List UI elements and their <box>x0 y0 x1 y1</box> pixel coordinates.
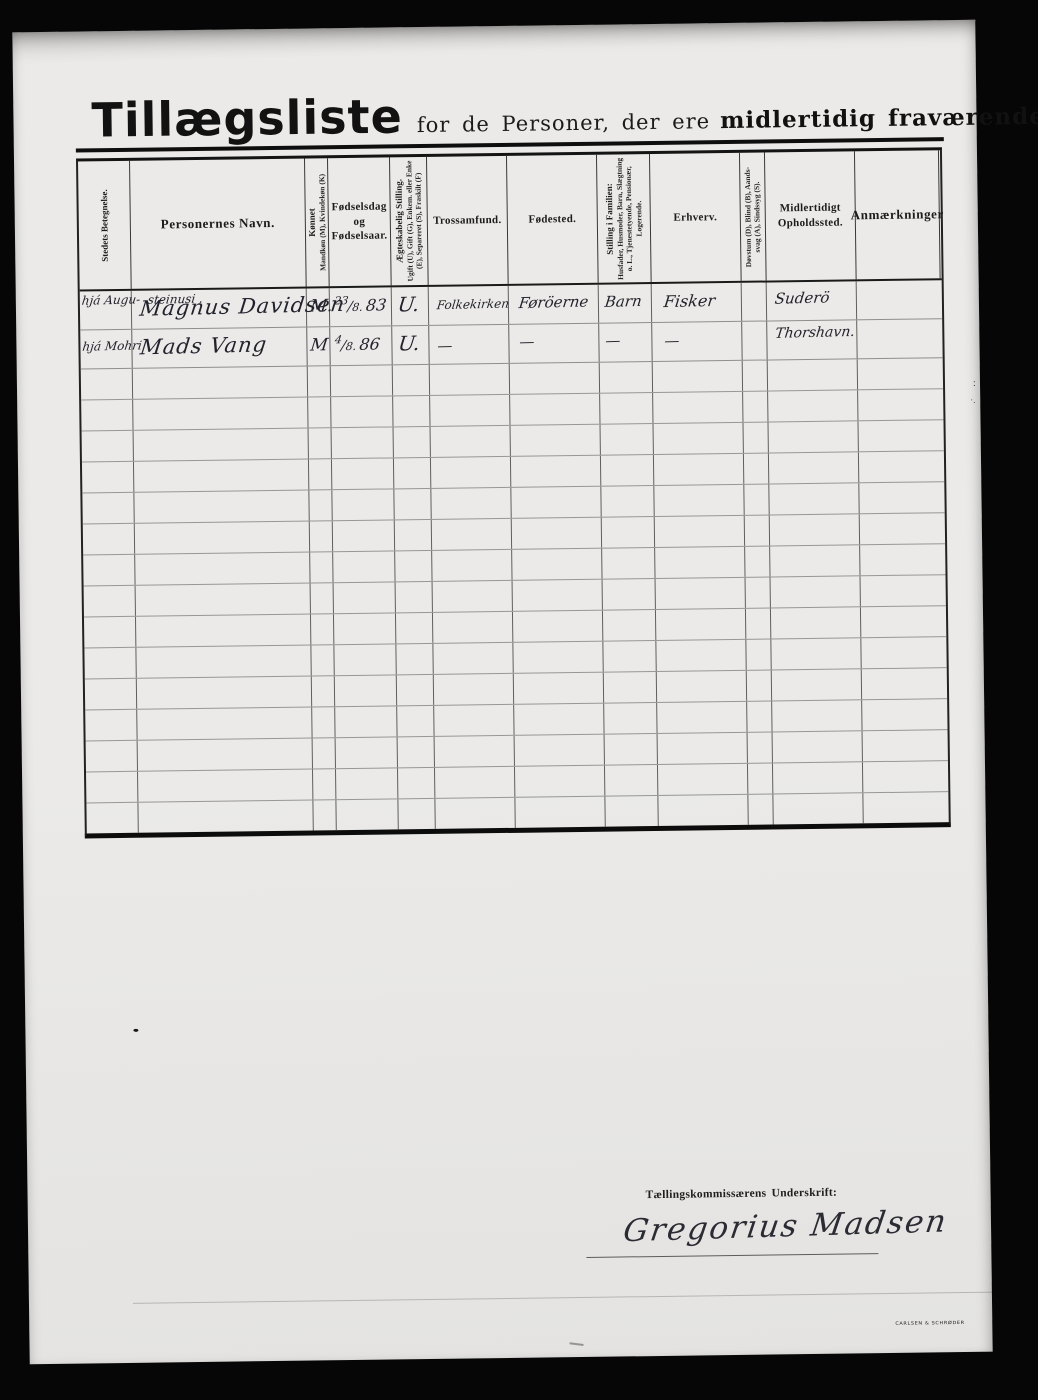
header-family-line2: Husfader, Husmoder, Barn, Slægtning o. L… <box>614 157 644 279</box>
table-cell-empty <box>748 732 773 762</box>
table-cell-empty <box>332 458 394 489</box>
table-cell-empty <box>431 426 511 457</box>
cell-birthdate: 23/8.83 <box>330 287 392 326</box>
table-cell-empty <box>515 735 605 766</box>
table-cell-empty <box>601 486 654 517</box>
scanned-census-sheet: Tillægsliste for de Personer, der ere mi… <box>12 20 992 1364</box>
table-cell-empty <box>138 738 313 770</box>
table-cell-empty <box>433 612 513 643</box>
table-cell-empty <box>397 675 434 705</box>
table-cell-empty <box>83 524 135 555</box>
table-cell-empty <box>515 766 605 797</box>
title-main: Tillægsliste <box>91 89 403 148</box>
cell-marital: U. <box>392 287 429 325</box>
table-cell-empty <box>514 673 604 704</box>
table-cell-empty <box>746 608 771 638</box>
table-cell-empty <box>313 800 336 830</box>
table-cell-empty <box>600 362 653 393</box>
cell-occupation: Fisker <box>652 283 742 322</box>
table-cell-empty <box>309 459 332 489</box>
fold-crease-line <box>133 1292 995 1304</box>
table-cell-empty <box>769 452 859 483</box>
table-cell-empty <box>333 520 395 551</box>
table-cell-empty <box>653 392 743 423</box>
table-cell-empty <box>657 702 747 733</box>
table-cell-empty <box>335 675 397 706</box>
title-subtitle: for de Personer, der ere <box>417 109 711 137</box>
table-cell-empty <box>773 762 863 793</box>
cell-temp-residence: Thorshavn. <box>767 320 857 359</box>
table-cell-empty <box>601 455 654 486</box>
header-name: Personernes Navn. <box>130 159 307 289</box>
table-cell-empty <box>745 546 770 576</box>
header-marital-line2: Ugift (U), Gift (G), Enkem. eller Enke (… <box>404 160 424 282</box>
table-cell-empty <box>135 553 310 585</box>
header-birthplace: Fødested. <box>507 155 599 284</box>
printer-mark: CARLSEN & SCHRØDER <box>895 1320 965 1326</box>
cell-family-position: — <box>599 323 652 362</box>
header-marital: Ægteskabelig Stilling. Ugift (U), Gift (… <box>390 157 429 285</box>
table-cell-empty <box>510 394 600 425</box>
table-cell-empty <box>85 679 137 710</box>
table-cell-empty <box>138 800 313 832</box>
table-cell-empty <box>138 769 313 801</box>
table-cell-empty <box>335 706 397 737</box>
table-cell-empty <box>513 642 603 673</box>
table-cell-empty <box>86 772 138 803</box>
table-cell-empty <box>858 389 942 420</box>
table-cell-empty <box>394 458 431 488</box>
table-cell-empty <box>863 761 947 792</box>
table-cell-empty <box>769 483 859 514</box>
table-cell-empty <box>658 733 748 764</box>
table-cell-empty <box>658 795 748 826</box>
table-cell-empty <box>137 676 312 708</box>
signature-line <box>586 1253 878 1258</box>
table-cell-empty <box>308 366 331 396</box>
table-cell-empty <box>308 397 331 427</box>
table-cell-empty <box>511 456 601 487</box>
table-cell-empty <box>311 645 334 675</box>
table-cell-empty <box>135 522 310 554</box>
table-cell-empty <box>746 577 771 607</box>
table-cell-empty <box>310 521 333 551</box>
ink-dot <box>133 1029 138 1032</box>
cell-birthplace: Føröerne <box>509 285 599 324</box>
header-disability: Døvstum (D), Blind (B), Aands- svag (A),… <box>740 153 767 281</box>
table-cell-empty <box>512 549 602 580</box>
table-cell-empty <box>604 703 657 734</box>
table-cell-empty <box>334 644 396 675</box>
cell-disability <box>742 283 767 321</box>
table-cell-empty <box>85 710 137 741</box>
table-cell-empty <box>861 575 945 606</box>
table-cell-empty <box>432 550 512 581</box>
cell-remarks <box>857 280 941 319</box>
table-cell-empty <box>601 424 654 455</box>
table-cell-empty <box>515 797 605 828</box>
cell-disability <box>742 322 767 360</box>
table-cell-empty <box>603 610 656 641</box>
table-cell-empty <box>511 425 601 456</box>
table-cell-empty <box>602 548 655 579</box>
header-place-label: Stedets Betegnelse. <box>98 164 110 286</box>
table-cell-empty <box>600 393 653 424</box>
table-cell-empty <box>768 390 858 421</box>
table-cell-empty <box>331 396 393 427</box>
commissioner-signature: Gregorius Madsen <box>621 1203 950 1249</box>
table-cell-empty <box>768 421 858 452</box>
cell-marital: U. <box>392 326 429 364</box>
table-cell-empty <box>863 792 947 823</box>
table-cell-empty <box>654 454 744 485</box>
table-cell-empty <box>747 701 772 731</box>
table-cell-empty <box>602 517 655 548</box>
table-cell-empty <box>394 489 431 519</box>
table-cell-empty <box>333 551 395 582</box>
table-cell-empty <box>310 552 333 582</box>
header-birthdate: Fødselsdag og Fødselsaar. <box>328 157 392 286</box>
table-cell-empty <box>396 582 433 612</box>
table-cell-empty <box>136 645 311 677</box>
table-cell-empty <box>771 638 861 669</box>
cell-place: hjá Augu- steinusi . <box>80 291 132 330</box>
table-cell-empty <box>86 803 138 834</box>
header-religion-label: Trossamfund. <box>433 213 501 229</box>
cell-religion: — <box>429 325 509 364</box>
table-cell-empty <box>745 515 770 545</box>
table-cell-empty <box>860 513 944 544</box>
table-cell-empty <box>311 583 334 613</box>
table-cell-empty <box>313 769 336 799</box>
table-cell-empty <box>136 615 311 647</box>
table-cell-empty <box>773 731 863 762</box>
table-cell-empty <box>653 361 743 392</box>
table-cell-empty <box>605 765 658 796</box>
table-cell-empty <box>396 644 433 674</box>
table-cell-empty <box>771 576 861 607</box>
header-remarks-label: Anmærkninger <box>851 205 944 224</box>
cell-sex: M <box>307 327 330 365</box>
cell-occupation: — <box>652 322 742 361</box>
table-cell-empty <box>512 518 602 549</box>
table-cell-empty <box>433 643 513 674</box>
table-cell-empty <box>431 457 511 488</box>
table-cell-empty <box>394 427 431 457</box>
table-cell-empty <box>136 584 311 616</box>
cell-name: Magnus Davidsen <box>132 289 307 329</box>
table-cell-empty <box>432 519 512 550</box>
table-cell-empty <box>134 429 309 461</box>
header-name-label: Personernes Navn. <box>161 214 275 233</box>
table-cell-empty <box>435 767 515 798</box>
table-cell-empty <box>654 485 744 516</box>
table-cell-empty <box>313 738 336 768</box>
table-cell-empty <box>393 396 430 426</box>
table-cell-empty <box>82 493 134 524</box>
cell-place: hjá Mohri <box>80 330 132 369</box>
header-birthdate-label: Fødselsdag og Fødselsaar. <box>331 199 387 244</box>
table-cell-empty <box>398 768 435 798</box>
cell-name: Mads Vang <box>132 328 307 368</box>
cell-birthplace: — <box>509 324 599 363</box>
header-religion: Trossamfund. <box>427 156 509 285</box>
table-cell-empty <box>860 544 944 575</box>
header-disability-line2: svag (A), Sindssyg (S). <box>752 156 763 278</box>
table-cell-empty <box>743 391 768 421</box>
header-remarks: Anmærkninger <box>855 150 941 279</box>
table-cell-empty <box>770 514 860 545</box>
table-cell-empty <box>770 545 860 576</box>
table-cell-empty <box>332 427 394 458</box>
table-cell-empty <box>393 365 430 395</box>
table-cell-empty <box>655 547 745 578</box>
table-cell-empty <box>861 637 945 668</box>
table-cell-empty <box>133 398 308 430</box>
table-cell-empty <box>747 670 772 700</box>
table-cell-empty <box>334 613 396 644</box>
table-cell-empty <box>336 737 398 768</box>
empty-rows <box>81 358 949 833</box>
table-cell-empty <box>656 578 746 609</box>
table-cell-empty <box>332 489 394 520</box>
table-cell-empty <box>82 462 134 493</box>
header-occupation-label: Erhverv. <box>673 210 717 225</box>
header-place: Stedets Betegnelse. <box>78 161 132 290</box>
table-cell-empty <box>863 730 947 761</box>
table-cell-empty <box>82 431 134 462</box>
table-cell-empty <box>137 707 312 739</box>
table-cell-empty <box>655 516 745 547</box>
table-cell-empty <box>331 365 393 396</box>
table-cell-empty <box>435 736 515 767</box>
table-cell-empty <box>748 794 773 824</box>
table-cell-empty <box>514 704 604 735</box>
table-cell-empty <box>859 482 943 513</box>
table-cell-empty <box>513 611 603 642</box>
table-cell-empty <box>84 617 136 648</box>
table-cell-empty <box>312 676 335 706</box>
signature-label: Tællingskommissærens Underskrift: <box>646 1187 838 1202</box>
table-cell-empty <box>511 487 601 518</box>
table-cell-empty <box>398 799 435 829</box>
table-cell-empty <box>86 741 138 772</box>
table-cell-empty <box>513 580 603 611</box>
table-cell-empty <box>862 668 946 699</box>
table-cell-empty <box>430 395 510 426</box>
table-cell-empty <box>743 361 768 391</box>
cell-sex: M. <box>307 288 330 326</box>
table-cell-empty <box>746 639 771 669</box>
table-cell-empty <box>133 367 308 399</box>
table-cell-empty <box>395 551 432 581</box>
table-cell-empty <box>605 734 658 765</box>
cell-birthdate: 4/8.86 <box>330 326 392 365</box>
census-table: Stedets Betegnelse. Personernes Navn. Kø… <box>76 147 951 838</box>
cell-religion: Folkekirken <box>429 286 509 325</box>
table-cell-empty <box>605 796 658 827</box>
table-cell-empty <box>81 400 133 431</box>
header-temp-residence: Midlertidigt Opholdssted. <box>765 151 857 280</box>
table-cell-empty <box>510 363 600 394</box>
title-subtitle-bold: midlertidig fraværende. <box>720 103 1038 134</box>
table-cell-empty <box>312 707 335 737</box>
table-cell-empty <box>398 737 435 767</box>
margin-speck <box>569 1342 583 1346</box>
table-cell-empty <box>743 422 768 452</box>
table-header-row: Stedets Betegnelse. Personernes Navn. Kø… <box>78 150 942 291</box>
table-cell-empty <box>772 700 862 731</box>
table-cell-empty <box>336 768 398 799</box>
header-family-position: Stilling i Familien: Husfader, Husmoder,… <box>597 154 652 283</box>
table-cell-empty <box>656 640 746 671</box>
table-cell-empty <box>744 453 769 483</box>
table-cell-empty <box>84 648 136 679</box>
table-cell-empty <box>309 428 332 458</box>
cell-temp-residence: Suderö <box>767 281 857 320</box>
table-cell-empty <box>654 423 744 454</box>
table-cell-empty <box>430 364 510 395</box>
table-cell-empty <box>83 555 135 586</box>
header-sex-line2: Mandkøn (M), Kvindekøn (K) <box>317 161 328 283</box>
table-cell-empty <box>604 672 657 703</box>
table-cell-empty <box>748 763 773 793</box>
table-cell-empty <box>334 582 396 613</box>
table-cell-empty <box>433 581 513 612</box>
header-temp-residence-label: Midlertidigt Opholdssted. <box>778 201 843 232</box>
table-cell-empty <box>771 607 861 638</box>
table-cell-empty <box>603 579 656 610</box>
table-cell-empty <box>396 613 433 643</box>
table-cell-empty <box>862 699 946 730</box>
table-cell-empty <box>768 359 858 390</box>
cell-remarks <box>857 319 941 358</box>
header-birthplace-label: Fødested. <box>528 212 576 227</box>
table-cell-empty <box>858 358 942 389</box>
table-cell-empty <box>657 671 747 702</box>
header-occupation: Erhverv. <box>650 153 742 282</box>
table-cell-empty <box>603 641 656 672</box>
table-cell-empty <box>397 706 434 736</box>
table-cell-empty <box>861 606 945 637</box>
margin-speck: : <box>973 378 976 389</box>
table-cell-empty <box>772 669 862 700</box>
table-cell-empty <box>336 799 398 830</box>
table-cell-empty <box>431 488 511 519</box>
table-cell-empty <box>309 490 332 520</box>
header-sex: Kønnet Mandkøn (M), Kvindekøn (K) <box>305 158 330 286</box>
cell-family-position: Barn <box>599 284 652 323</box>
table-cell-empty <box>434 705 514 736</box>
table-cell-empty <box>311 614 334 644</box>
margin-speck: ·. <box>970 395 975 405</box>
table-cell-empty <box>134 460 309 492</box>
table-cell-empty <box>435 798 515 829</box>
table-cell-empty <box>859 451 943 482</box>
table-cell-empty <box>656 609 746 640</box>
table-cell-empty <box>84 586 136 617</box>
table-cell-empty <box>134 491 309 523</box>
table-cell-empty <box>395 520 432 550</box>
table-cell-empty <box>81 369 133 400</box>
table-cell-empty <box>658 764 748 795</box>
table-cell-empty <box>858 420 942 451</box>
table-cell-empty <box>773 793 863 824</box>
table-cell-empty <box>434 674 514 705</box>
table-cell-empty <box>744 484 769 514</box>
